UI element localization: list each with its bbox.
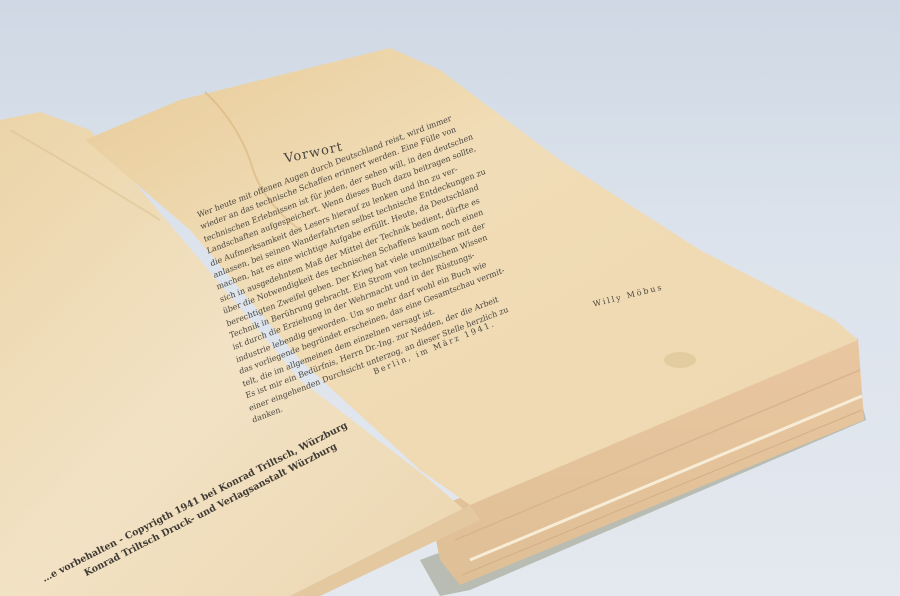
book-photo: Vorwort Wer heute mit offenen Augen durc… xyxy=(0,0,900,596)
